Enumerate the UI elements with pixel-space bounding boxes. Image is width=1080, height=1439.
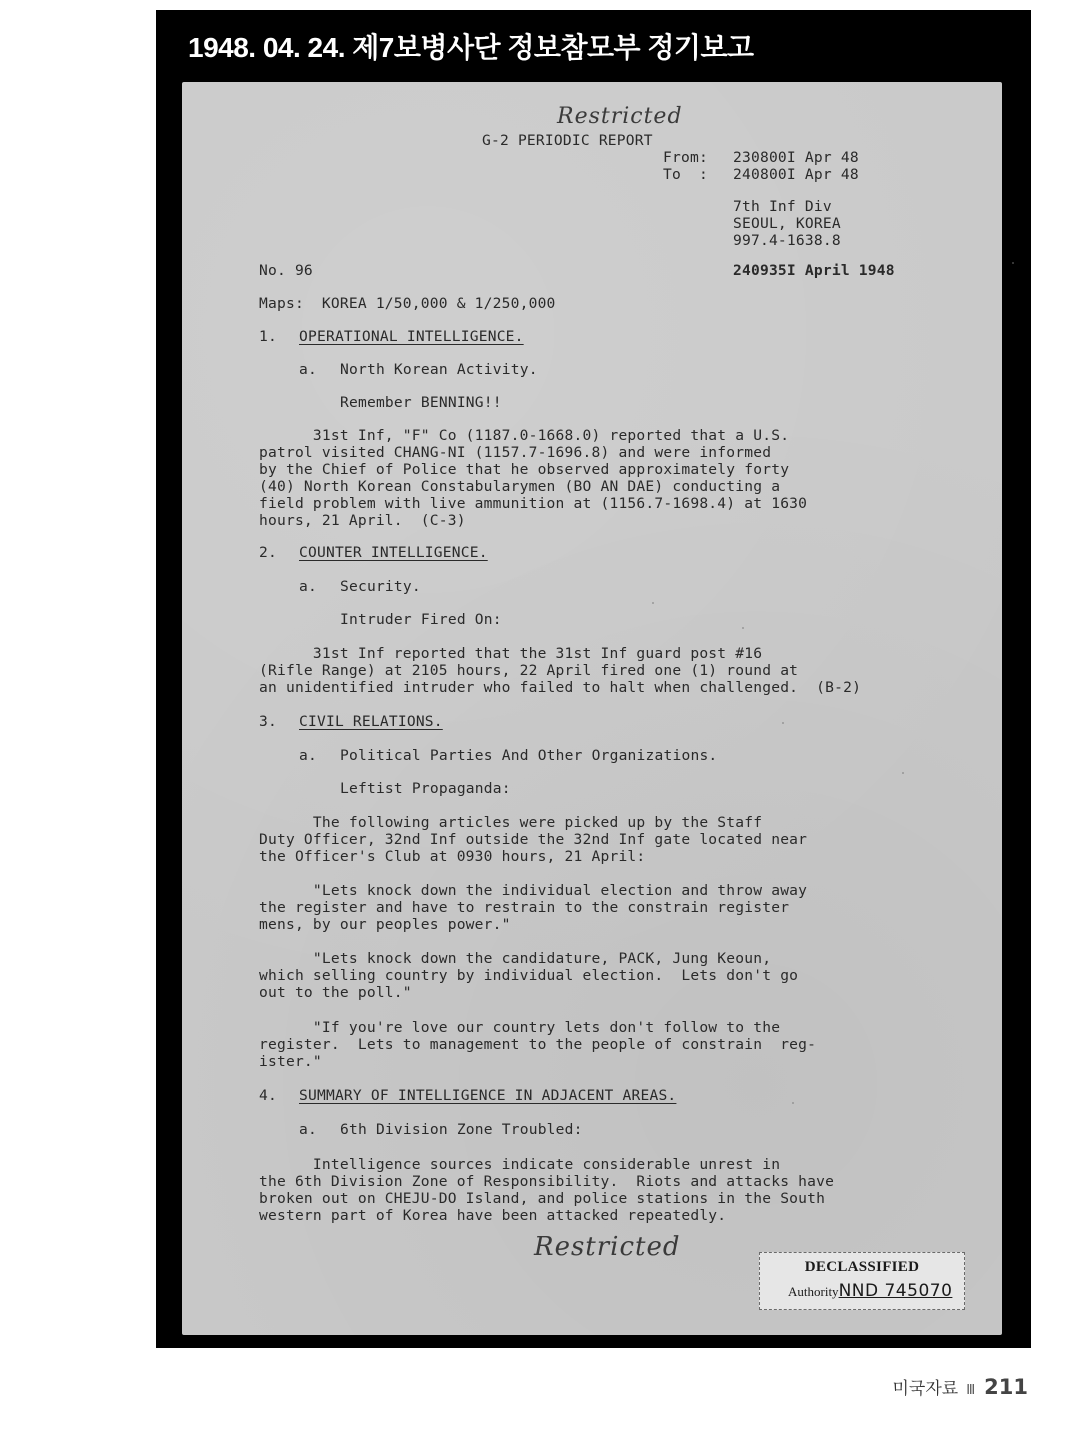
footer-section: 미국자료 — [892, 1379, 958, 1399]
stamp-authority: AuthorityNND 745070 — [788, 1281, 952, 1301]
section-3-paragraph: The following articles were picked up by… — [259, 814, 807, 865]
footer-separator: Ⅲ — [966, 1383, 976, 1398]
section-4-number: 4. — [259, 1087, 277, 1104]
coordinates: 997.4-1638.8 — [733, 232, 841, 249]
section-3-quote-2: "Lets knock down the candidature, PACK, … — [259, 950, 798, 1001]
scan-speck — [652, 602, 654, 604]
section-3-quote-1: "Lets knock down the individual election… — [259, 882, 807, 933]
to-label: To : — [663, 166, 708, 183]
section-2-number: 2. — [259, 544, 277, 561]
section-1-topic: Remember BENNING!! — [340, 394, 502, 411]
stamp-authority-label: Authority — [788, 1284, 839, 1299]
section-1-sub: a. — [299, 361, 317, 378]
scan-speck — [742, 627, 744, 629]
section-2-sub: a. — [299, 578, 317, 595]
section-4-subheading: 6th Division Zone Troubled: — [340, 1121, 583, 1138]
section-3-topic: Leftist Propaganda: — [340, 780, 511, 797]
section-1-number: 1. — [259, 328, 277, 345]
section-3-heading: CIVIL RELATIONS. — [299, 713, 443, 730]
section-1-paragraph: 31st Inf, "F" Co (1187.0-1668.0) reporte… — [259, 427, 807, 529]
section-2-subheading: Security. — [340, 578, 421, 595]
handwritten-restricted-top: Restricted — [557, 104, 683, 129]
from-value: 230800I Apr 48 — [733, 149, 859, 166]
section-3-subheading: Political Parties And Other Organization… — [340, 747, 717, 764]
scan-speck — [902, 772, 904, 774]
page-footer: 미국자료Ⅲ211 — [892, 1374, 1028, 1399]
declassified-stamp: DECLASSIFIED AuthorityNND 745070 — [759, 1252, 965, 1310]
section-2-paragraph: 31st Inf reported that the 31st Inf guar… — [259, 645, 861, 696]
to-value: 240800I Apr 48 — [733, 166, 859, 183]
section-1-heading: OPERATIONAL INTELLIGENCE. — [299, 328, 524, 345]
section-1-subheading: North Korean Activity. — [340, 361, 538, 378]
stamp-title: DECLASSIFIED — [760, 1259, 964, 1276]
section-3-sub: a. — [299, 747, 317, 764]
document-frame: 1948. 04. 24. 제7보병사단 정보참모부 정기보고 Restrict… — [156, 10, 1031, 1348]
page-title: 1948. 04. 24. 제7보병사단 정보참모부 정기보고 — [188, 26, 754, 66]
section-4-heading: SUMMARY OF INTELLIGENCE IN ADJACENT AREA… — [299, 1087, 676, 1104]
section-3-quote-3: "If you're love our country lets don't f… — [259, 1019, 816, 1070]
maps-line: Maps: KOREA 1/50,000 & 1/250,000 — [259, 295, 556, 312]
page-number: 211 — [984, 1375, 1028, 1399]
section-2-topic: Intruder Fired On: — [340, 611, 502, 628]
scanned-document: Restricted G-2 PERIODIC REPORT From: 230… — [182, 82, 1002, 1335]
report-number: No. 96 — [259, 262, 313, 279]
section-4-paragraph: Intelligence sources indicate considerab… — [259, 1156, 834, 1224]
unit: 7th Inf Div — [733, 198, 832, 215]
report-title: G-2 PERIODIC REPORT — [482, 132, 653, 149]
section-3-number: 3. — [259, 713, 277, 730]
location: SEOUL, KOREA — [733, 215, 841, 232]
section-4-sub: a. — [299, 1121, 317, 1138]
scan-speck — [792, 1102, 794, 1104]
stamp-authority-value: NND 745070 — [839, 1281, 953, 1301]
scan-speck — [1012, 262, 1014, 264]
report-datetime: 240935I April 1948 — [733, 262, 895, 279]
handwritten-restricted-bottom: Restricted — [534, 1232, 681, 1262]
scan-speck — [782, 722, 784, 724]
from-label: From: — [663, 149, 708, 166]
section-2-heading: COUNTER INTELLIGENCE. — [299, 544, 488, 561]
